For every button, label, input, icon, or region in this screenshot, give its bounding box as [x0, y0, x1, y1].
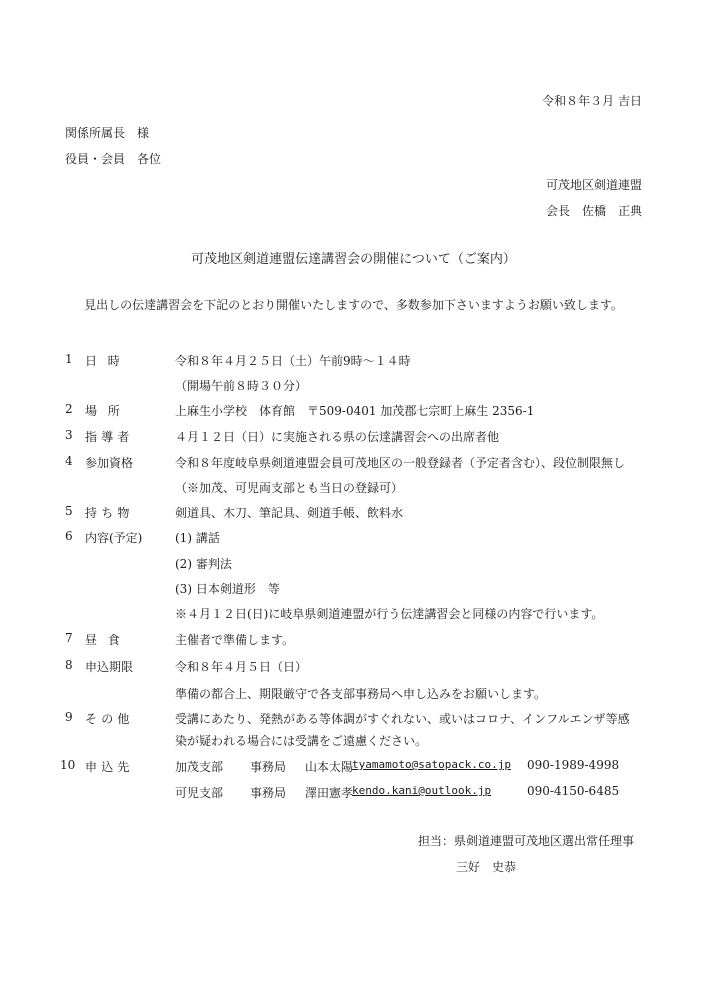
document-title: 可茂地区剣道連盟伝達講習会の開催について（ご案内）	[0, 248, 707, 267]
item-number: 9	[65, 710, 85, 724]
item-number: 2	[65, 402, 85, 416]
item-number: 8	[65, 658, 85, 672]
item-label: 内容(予定)	[85, 529, 175, 546]
item-number: 1	[65, 352, 85, 366]
person-in-charge: 担当：県剣道連盟可茂地区選出常任理事	[418, 832, 634, 849]
item-value: 染が疑われる場合には受講をご遠慮ください。	[175, 732, 427, 749]
intro-text: 見出しの伝達講習会を下記のとおり開催いたしますので、多数参加下さいますようお願い…	[0, 296, 707, 313]
item-value: （※加茂、可児両支部とも当日の登録可）	[175, 479, 403, 496]
contact-office: 事務局	[250, 758, 286, 775]
item-number: 4	[65, 454, 85, 468]
item-label: 申込先	[85, 758, 175, 775]
contact-branch: 可児支部	[175, 784, 223, 801]
document-date: 令和８年３月 吉日	[542, 92, 642, 109]
contact-office: 事務局	[250, 784, 286, 801]
item-label: 指導者	[85, 428, 175, 445]
item-value: ※４月１２日(日)に岐阜県剣道連盟が行う伝達講習会と同様の内容で行います。	[175, 605, 603, 622]
item-label: 参加資格	[85, 454, 175, 471]
contact-email-link[interactable]: tyamamoto@satopack.co.jp	[352, 758, 511, 771]
item-value: (2) 審判法	[175, 555, 232, 572]
item-number: 5	[65, 504, 85, 518]
sender-organization: 可茂地区剣道連盟	[546, 176, 642, 193]
item-value: 令和８年度岐阜県剣道連盟会員可茂地区の一般登録者（予定者含む）、段位制限無し	[175, 454, 625, 471]
contact-phone: 090-4150-6485	[527, 784, 619, 798]
item-value: 剣道具、木刀、筆記具、剣道手帳、飲料水	[175, 504, 403, 521]
item-value: （開場午前８時３０分）	[175, 377, 307, 394]
item-value: (1) 講話	[175, 529, 220, 546]
item-number: 7	[65, 631, 85, 645]
item-value: 主催者で準備します。	[175, 631, 294, 648]
contact-person: 山本太陽	[305, 758, 353, 775]
item-value: 準備の都合上、期限厳守で各支部事務局へ申し込みをお願いします。	[175, 685, 546, 702]
contact-person: 澤田憲孝	[305, 784, 353, 801]
item-value: 令和８年４月２５日（土）午前9時～１４時	[175, 352, 411, 369]
contact-phone: 090-1989-4998	[527, 758, 619, 772]
item-value: 受講にあたり、発熱がある等体調がすぐれない、或いはコロナ、インフルエンザ等感	[175, 710, 630, 727]
item-value: 上麻生小学校 体育館 〒509-0401 加茂郡七宗町上麻生 2356-1	[175, 402, 534, 419]
contact-email-link[interactable]: kendo.kani@outlook.jp	[352, 784, 491, 797]
item-label: 昼食	[85, 631, 175, 648]
item-value: (3) 日本剣道形 等	[175, 580, 280, 597]
item-label: その他	[85, 710, 175, 727]
item-label: 日時	[85, 352, 175, 369]
person-in-charge-name: 三好 史恭	[456, 858, 516, 875]
recipient-2: 役員・会員 各位	[65, 150, 161, 167]
item-number: 3	[65, 428, 85, 442]
item-value: ４月１２日（日）に実施される県の伝達講習会への出席者他	[175, 428, 499, 445]
sender-name: 会長 佐橋 正典	[546, 202, 642, 219]
contact-branch: 加茂支部	[175, 758, 223, 775]
item-label: 場所	[85, 402, 175, 419]
item-label: 申込期限	[85, 658, 175, 675]
item-label: 持ち物	[85, 504, 175, 521]
item-number: 6	[65, 529, 85, 543]
item-number: 10	[60, 758, 80, 772]
recipient-1: 関係所属長 様	[65, 124, 149, 141]
item-value: 令和８年４月５日（日）	[175, 658, 307, 675]
